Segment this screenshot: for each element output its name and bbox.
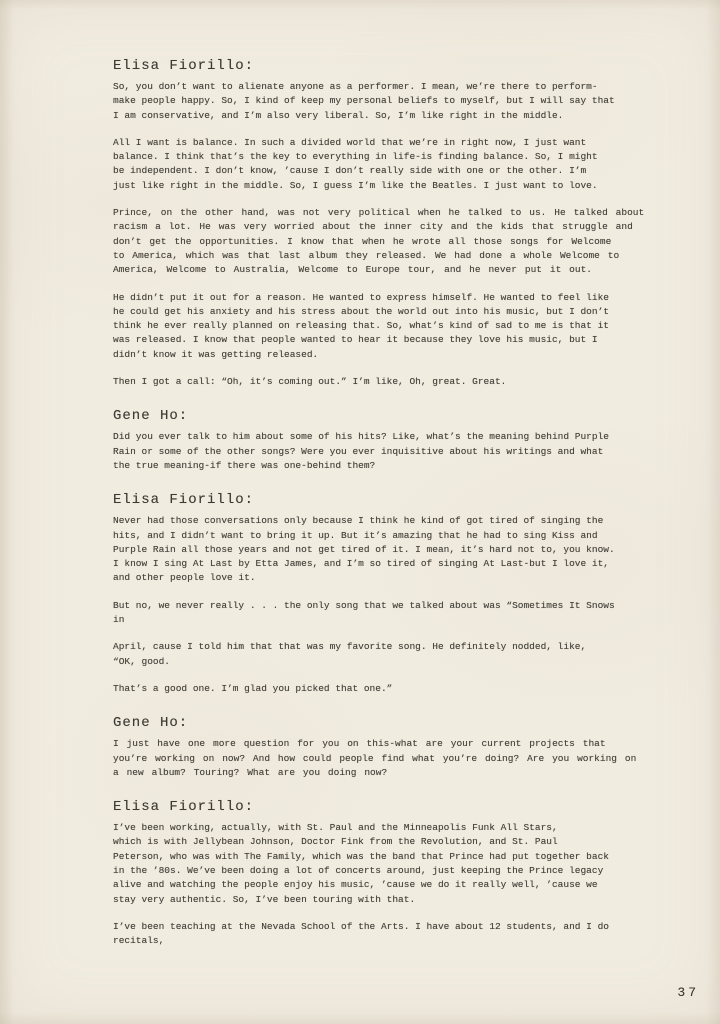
paragraph: That’s a good one. I’m glad you picked t… — [113, 682, 720, 696]
speaker-heading: Elisa Fiorillo: — [113, 58, 720, 75]
speaker-heading: Elisa Fiorillo: — [113, 492, 720, 509]
paragraph: All I want is balance. In such a divided… — [113, 136, 720, 193]
speaker-heading: Gene Ho: — [113, 715, 720, 732]
page-number: 37 — [677, 985, 699, 1000]
paragraph: I just have one more question for you on… — [113, 737, 720, 780]
interview-text: Elisa Fiorillo: So, you don’t want to al… — [113, 58, 720, 961]
paragraph: Prince, on the other hand, was not very … — [113, 206, 720, 277]
paragraph: April, cause I told him that that was my… — [113, 640, 720, 669]
paragraph: Never had those conversations only becau… — [113, 514, 720, 585]
paragraph: Then I got a call: “Oh, it’s coming out.… — [113, 375, 720, 389]
paragraph: I’ve been working, actually, with St. Pa… — [113, 821, 720, 907]
book-page: Elisa Fiorillo: So, you don’t want to al… — [0, 0, 720, 1024]
paragraph: But no, we never really . . . the only s… — [113, 599, 720, 628]
paragraph: Did you ever talk to him about some of h… — [113, 430, 720, 473]
paragraph: I’ve been teaching at the Nevada School … — [113, 920, 720, 949]
speaker-heading: Elisa Fiorillo: — [113, 799, 720, 816]
speaker-heading: Gene Ho: — [113, 408, 720, 425]
paragraph: So, you don’t want to alienate anyone as… — [113, 80, 720, 123]
paragraph: He didn’t put it out for a reason. He wa… — [113, 291, 720, 362]
